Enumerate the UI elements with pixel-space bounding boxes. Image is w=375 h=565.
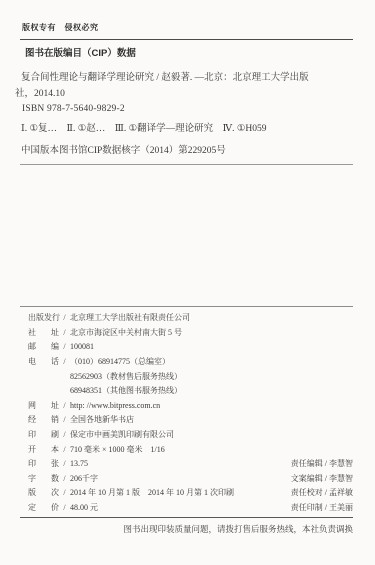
editor-credit: 文案编辑 / 李慧智 bbox=[291, 473, 353, 484]
colophon-value: http: //www.bitpress.com.cn bbox=[70, 401, 160, 410]
colophon-row: 印张/13.75责任编辑 / 李慧智 bbox=[22, 456, 353, 471]
colophon-label: 印刷 bbox=[28, 429, 59, 440]
colophon-label: 版次 bbox=[28, 487, 59, 498]
divider-cip-bottom bbox=[20, 164, 353, 165]
colophon-value: 68948351（其他图书服务热线） bbox=[70, 385, 182, 396]
colophon-label: 邮编 bbox=[28, 341, 59, 352]
label-value-separator: / bbox=[59, 445, 70, 454]
cip-heading: 图书在版编目（CIP）数据 bbox=[25, 48, 353, 60]
colophon-row: 出版发行/北京理工大学出版社有限责任公司 bbox=[22, 311, 353, 326]
colophon-value: 全国各地新华书店 bbox=[70, 414, 134, 425]
cip-record-number: 中国版本图书馆CIP数据核字（2014）第229205号 bbox=[15, 144, 353, 160]
colophon-value: 保定市中画美凯印刷有限公司 bbox=[70, 429, 174, 440]
colophon-label: 印张 bbox=[28, 458, 59, 469]
label-value-separator: / bbox=[59, 357, 70, 366]
label-value-separator: / bbox=[59, 474, 70, 483]
colophon-value: 48.00 元 bbox=[70, 502, 98, 513]
label-value-separator: / bbox=[59, 503, 70, 512]
colophon-value: 82562903（教材售后服务热线） bbox=[70, 371, 182, 382]
cip-section: 图书在版编目（CIP）数据 复合间性理论与翻译学理论研究 / 赵毅著. —北京：… bbox=[15, 48, 353, 160]
divider-top bbox=[20, 39, 353, 40]
label-value-separator: / bbox=[59, 313, 70, 322]
cip-description-line-2: 社，2014.10 bbox=[15, 87, 353, 103]
colophon-label: 定价 bbox=[28, 502, 59, 513]
colophon-row: 邮编/100081 bbox=[22, 340, 353, 355]
colophon-value: 206千字 bbox=[70, 473, 98, 484]
colophon-label: 网址 bbox=[28, 400, 59, 411]
copyright-notice: 版权专有 侵权必究 bbox=[22, 23, 353, 33]
colophon-label: 电话 bbox=[28, 356, 59, 367]
colophon-row: 社址/北京市海淀区中关村南大街 5 号 bbox=[22, 325, 353, 340]
colophon-row: 经销/全国各地新华书店 bbox=[22, 413, 353, 428]
colophon-value: 2014 年 10 月第 1 版 2014 年 10 月第 1 次印刷 bbox=[70, 487, 234, 498]
colophon-row: 开本/710 毫米 × 1000 毫米 1/16 bbox=[22, 442, 353, 457]
cip-description: 复合间性理论与翻译学理论研究 / 赵毅著. —北京：北京理工大学出版 社，201… bbox=[15, 71, 353, 102]
cip-classification-line: Ⅰ. ①复… Ⅱ. ①赵… Ⅲ. ①翻译学—理论研究 Ⅳ. ①H059 bbox=[15, 122, 353, 138]
colophon-row: 82562903（教材售后服务热线） bbox=[22, 369, 353, 384]
colophon-row: 68948351（其他图书服务热线） bbox=[22, 383, 353, 398]
editor-credit: 责任编辑 / 李慧智 bbox=[291, 458, 353, 469]
colophon-value: 北京理工大学出版社有限责任公司 bbox=[70, 312, 190, 323]
label-value-separator: / bbox=[59, 401, 70, 410]
colophon-row: 字数/206千字文案编辑 / 李慧智 bbox=[22, 471, 353, 486]
editor-credit: 责任校对 / 孟祥敏 bbox=[291, 487, 353, 498]
divider-bottom bbox=[20, 517, 353, 518]
colophon-label: 经销 bbox=[28, 414, 59, 425]
colophon-row: 网址/http: //www.bitpress.com.cn bbox=[22, 398, 353, 413]
colophon-label: 开本 bbox=[28, 444, 59, 455]
label-value-separator: / bbox=[59, 415, 70, 424]
book-copyright-page: 版权专有 侵权必究 图书在版编目（CIP）数据 复合间性理论与翻译学理论研究 /… bbox=[0, 0, 375, 565]
colophon-label: 字数 bbox=[28, 473, 59, 484]
colophon-row: 定价/48.00 元责任印制 / 王美丽 bbox=[22, 500, 353, 515]
editor-credit: 责任印制 / 王美丽 bbox=[291, 502, 353, 513]
colophon-row: 印刷/保定市中画美凯印刷有限公司 bbox=[22, 427, 353, 442]
label-value-separator: / bbox=[59, 342, 70, 351]
isbn-line: ISBN 978-7-5640-9829-2 bbox=[15, 102, 353, 118]
colophon-value: 北京市海淀区中关村南大街 5 号 bbox=[70, 327, 182, 338]
colophon-row: 版次/2014 年 10 月第 1 版 2014 年 10 月第 1 次印刷责任… bbox=[22, 486, 353, 501]
cip-description-line-1: 复合间性理论与翻译学理论研究 / 赵毅著. —北京：北京理工大学出版 bbox=[15, 71, 353, 87]
label-value-separator: / bbox=[59, 328, 70, 337]
label-value-separator: / bbox=[59, 430, 70, 439]
colophon-rows: 出版发行/北京理工大学出版社有限责任公司社址/北京市海淀区中关村南大街 5 号邮… bbox=[22, 311, 353, 515]
label-value-separator: / bbox=[59, 488, 70, 497]
colophon-value: （010）68914775（总编室） bbox=[70, 356, 170, 367]
colophon-label: 出版发行 bbox=[28, 312, 59, 323]
colophon-label: 社址 bbox=[28, 327, 59, 338]
colophon-value: 100081 bbox=[70, 342, 94, 351]
label-value-separator: / bbox=[59, 459, 70, 468]
quality-notice: 图书出现印装质量问题，请拨打售后服务热线，本社负责调换 bbox=[22, 524, 353, 535]
colophon-value: 710 毫米 × 1000 毫米 1/16 bbox=[70, 444, 165, 455]
colophon-row: 电话/（010）68914775（总编室） bbox=[22, 354, 353, 369]
divider-colophon-top bbox=[20, 306, 353, 307]
colophon-value: 13.75 bbox=[70, 459, 88, 468]
